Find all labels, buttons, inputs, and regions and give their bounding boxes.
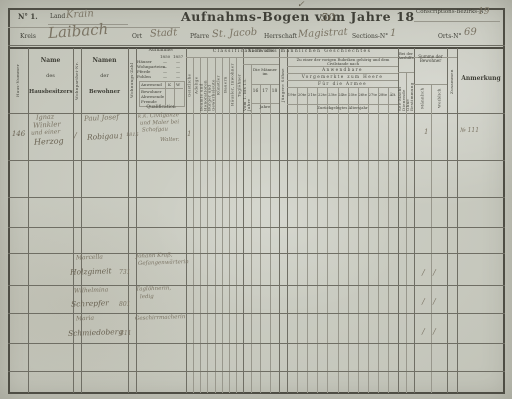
col-hausbesitzer-label-3: Hausbesitzers <box>29 90 72 96</box>
anwesend-w: W <box>176 83 180 87</box>
sections-value-handwritten: 1 <box>390 29 396 39</box>
entry-bewohner-line: Robigau <box>87 132 119 141</box>
age-cell: 26te <box>358 87 368 104</box>
class-col-label: Künstler <box>216 59 221 111</box>
sections-label: Sections-N° <box>352 34 388 40</box>
col-haus-nr-label: Haus-Nummer <box>9 50 27 111</box>
anwesend-k: K <box>168 83 171 87</box>
anmerkung-label: Anmerkung <box>457 76 505 82</box>
nachwuchs-side-label: Vom 1. bis 15. Jahre <box>244 66 250 111</box>
anwendbare-line1: Zu einer der vorigen Rubriken gehörig un… <box>288 58 398 66</box>
age-cell: 23te <box>327 87 337 104</box>
entry-qual-line: Taglöhnerin, <box>136 286 171 293</box>
row-line <box>8 313 505 314</box>
summe-col2-label: Weiblich <box>433 86 446 111</box>
subcol-line <box>327 87 328 393</box>
entry-name-line: Marcella <box>76 255 103 262</box>
classification-title: Classification des männlichen Geschlecht… <box>186 50 398 55</box>
after-col-label: Jüngere Söhne <box>280 59 286 111</box>
nachwuchs-caption: Jahre <box>251 105 279 109</box>
aushilfe-line <box>398 72 414 73</box>
entry-qual-line: Gefangenwärterin <box>138 260 189 267</box>
conscription-value-handwritten: 19 <box>478 8 489 17</box>
conscription-underline <box>414 21 500 22</box>
entry-class-tick: 1 <box>187 131 191 138</box>
col-line <box>81 48 82 393</box>
summe-title: Summe der Bewohner <box>415 55 446 64</box>
entry-name-line: Maria <box>76 316 94 323</box>
entry-name-line: Schmiedoberg <box>68 328 123 337</box>
nachwuchs-title: Nachwuchs <box>243 50 279 55</box>
entry-qual-line: Geschirrmacherin <box>135 315 186 322</box>
nachwuchs-line <box>243 64 279 65</box>
entry-bewohner-line: Paul Josef <box>84 114 119 123</box>
aufnahme-row-v2: — <box>176 75 180 79</box>
table-top-line1 <box>8 45 505 46</box>
col-bewohner-label-2: der <box>82 74 127 79</box>
subcol-line <box>297 87 298 393</box>
aushilfe-col2-label: Ohne Bestimmung <box>407 74 413 111</box>
nachwuchs-age-17: 17 <box>260 90 270 95</box>
age-cells: 19te 20te 21te 22te 23te 24te 25te 26te … <box>287 87 398 104</box>
entry-qual-line: ledig <box>140 295 154 301</box>
anwendbare-caption: Zurückgelegtes Altersjahr <box>287 106 398 110</box>
herrschaft-label: Herrschaft <box>264 34 297 40</box>
entry-tick: ∕ <box>433 269 436 277</box>
form-number: N° 1. <box>18 13 38 20</box>
anwesend-vline <box>174 81 175 105</box>
anwendbare-line3: Vorgemerkte zum Heere <box>287 75 398 79</box>
anwendbare-line4: Für die Armee <box>287 82 398 86</box>
kreis-value-handwritten: Laibach <box>48 22 109 41</box>
row-line <box>8 160 505 161</box>
col-line <box>28 48 29 393</box>
aufnahme-row-v1: — <box>163 75 167 79</box>
form-title: Aufnahms-Bogen vom Jahre 18 <box>181 10 415 23</box>
land-label: Land <box>50 14 65 20</box>
title-year-handwritten: 50 <box>321 12 335 23</box>
aufnahme-row-label: Fohlen <box>137 75 151 79</box>
subcol-line <box>431 84 432 393</box>
conscription-label: Conscriptions-Bezirks-N° <box>416 10 487 16</box>
class-col-label: Beamte und Honoratioren <box>201 59 206 111</box>
entry-jahr: 811 <box>120 331 131 337</box>
herrschaft-value-handwritten: Magistrat <box>298 28 348 41</box>
ort-value-handwritten: Stadt <box>150 28 178 39</box>
col-wohnpartei-label: Wohnparthei-Nr. <box>74 50 80 111</box>
entry-summe-tick: 1 <box>424 129 428 136</box>
zusammen-label: Zusammen <box>449 52 455 111</box>
entry-tick: ∕ <box>422 298 425 306</box>
entry-name-line: Wilhelmina <box>74 287 108 294</box>
row-line <box>8 285 505 286</box>
col-line <box>136 48 137 393</box>
kreis-label: Kreis <box>20 34 36 40</box>
subcol-line <box>388 87 389 393</box>
class-col-label: Geistliche <box>187 59 192 111</box>
entry-name-line: Holzgimeit <box>70 267 112 276</box>
entry-tick: ∕ <box>433 298 436 306</box>
qualification-caption: Qualification <box>137 106 185 111</box>
scanned-census-form: N° 1. Land Krain ✓ Aufnahms-Bogen vom Ja… <box>0 0 512 399</box>
class-col-label: Häusler, Inwohner <box>230 59 235 111</box>
row-line <box>8 227 505 228</box>
orts-label: Orts-N° <box>438 34 462 40</box>
anwesend-row: Fremde <box>141 100 157 104</box>
subcol-line <box>406 72 407 393</box>
age-cell: 28te <box>378 87 388 104</box>
anwesend-vline <box>165 81 166 105</box>
anwendbare-line2: Anwendbare <box>287 68 398 72</box>
subcol-line <box>338 87 339 393</box>
subcol-line <box>378 87 379 393</box>
aushilfe-title: Bei der Aushilfe <box>398 52 414 60</box>
row-line <box>8 371 505 372</box>
age-cell: 21te <box>307 87 317 104</box>
entry-name-line: Schrepfer <box>71 299 109 308</box>
col-hausbesitzer-label-1: Name <box>29 58 72 64</box>
entry-jahr: 731 <box>119 270 130 276</box>
col-bewohner-label-1: Namen <box>82 58 127 64</box>
col-line <box>414 48 415 393</box>
nachwuchs-age-18: 18 <box>270 90 279 95</box>
entry-jahr: 801 <box>119 302 130 308</box>
entry-jahr: 1815 <box>126 133 139 138</box>
subcol-line <box>307 87 308 393</box>
nachwuchs-line <box>251 84 279 85</box>
row-line <box>8 197 505 198</box>
class-col-label: Bürger und Gewerbsleute <box>209 59 214 111</box>
col-line <box>447 48 448 393</box>
col-hausbesitzer-label-2: des <box>29 74 72 79</box>
subcol-line <box>317 87 318 393</box>
entry-qual-line: Walter. <box>160 138 179 144</box>
entry-tick: ∕ <box>422 269 425 277</box>
subcol-line <box>368 87 369 393</box>
subcol-line <box>358 87 359 393</box>
age-cell: 22te <box>317 87 327 104</box>
entry-bewohner-tick: 1 <box>119 134 123 141</box>
land-value-handwritten: Krain <box>66 9 94 20</box>
subcol-line <box>260 84 261 393</box>
entry-haus-nr: 146 <box>10 131 27 138</box>
pfarre-value-handwritten: St. Jacob <box>212 28 258 40</box>
border-right <box>503 8 505 393</box>
class-col-label: Bauern <box>223 59 228 111</box>
anwesend-title: Anwesend <box>141 83 162 87</box>
summe-col1-label: Männlich <box>416 86 429 111</box>
col-bewohner-label-3: Bewohner <box>82 90 127 96</box>
subcol-line <box>348 87 349 393</box>
nachwuchs-center-label: Die Männer im <box>252 68 278 76</box>
entry-wohnpartei-tick: ∕ <box>74 132 77 140</box>
orts-value-handwritten: 69 <box>464 28 477 38</box>
age-cell: 25te <box>348 87 358 104</box>
nachwuchs-age-16: 16 <box>251 90 260 95</box>
subcol-line <box>270 84 271 393</box>
entry-tick: ∕ <box>433 328 436 336</box>
age-cell: 20te <box>297 87 307 104</box>
summe-line <box>414 84 447 85</box>
pfarre-label: Pfarre <box>190 34 209 40</box>
entry-besitzer-line: Herzog <box>34 137 64 147</box>
age-cell: 27te <box>368 87 378 104</box>
entry-tick: ∕ <box>422 328 425 336</box>
age-cell: 19te <box>287 87 297 104</box>
age-cell: 24te <box>337 87 347 104</box>
aufnahme-title: Aufnahme: <box>137 49 185 54</box>
entry-anmerkung: № 111 <box>460 128 479 134</box>
col-wohnungszahl-label: Wohnungs-Zahl <box>129 50 135 111</box>
row-line <box>8 343 505 344</box>
ort-label: Ort <box>132 34 142 40</box>
entry-qual-line: Schofgau <box>142 128 168 134</box>
col-line <box>457 48 458 393</box>
